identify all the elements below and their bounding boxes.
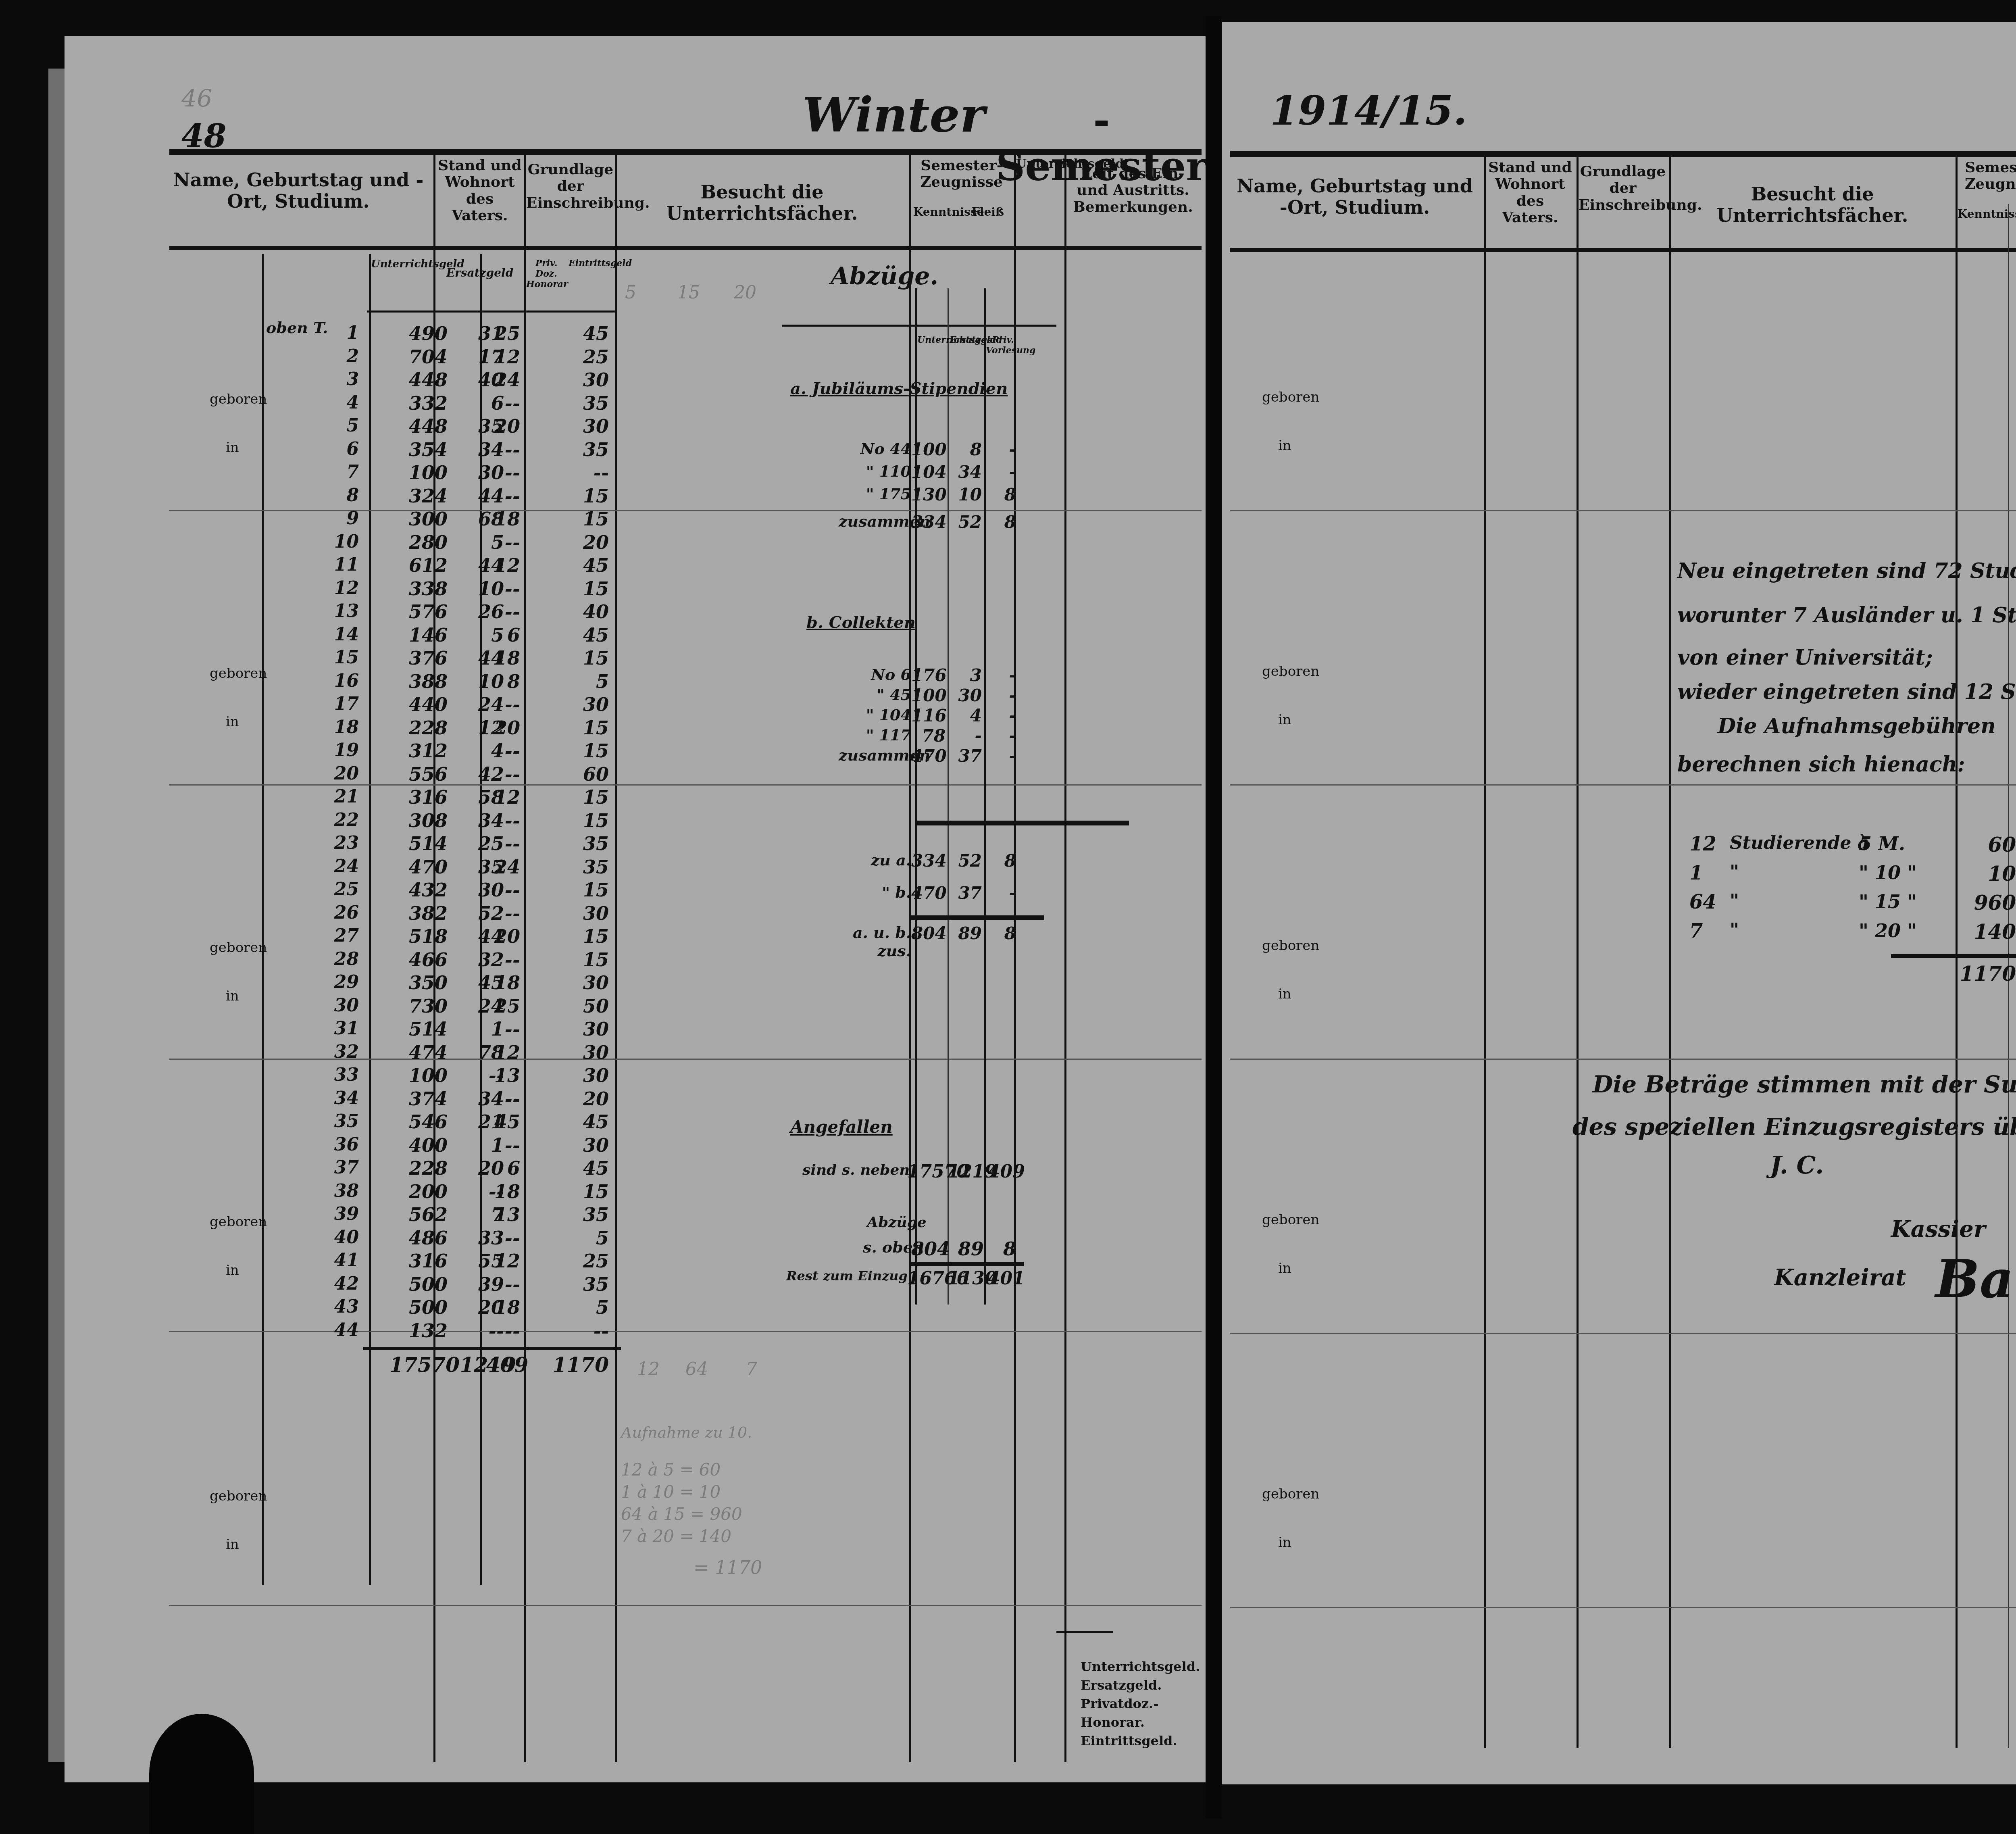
- label-in: in: [226, 1262, 239, 1278]
- fee-rate: " 15 ": [1859, 891, 1917, 913]
- signer-role: Kassier: [1891, 1216, 1985, 1242]
- cell-eintrittsgeld: 20: [556, 531, 609, 553]
- header-grundlage: Grundlage der Einschreibung.: [526, 161, 615, 211]
- abzuege-thick-rule: [915, 821, 1129, 825]
- cell-eintrittsgeld: 5: [556, 1296, 609, 1318]
- abzug-e: 10: [948, 485, 982, 504]
- label-in: in: [1278, 1534, 1291, 1551]
- cell-privdoz: 18: [480, 508, 520, 530]
- cell-privdoz: --: [480, 485, 520, 507]
- header-kenntnisse: Kenntnisse: [913, 206, 962, 219]
- footer-tick: [1056, 1631, 1113, 1633]
- cell-eintrittsgeld: 15: [556, 925, 609, 947]
- attest-line: des speziellen Einzugsregisters überein.: [1572, 1113, 2016, 1140]
- row-number: 30: [306, 995, 359, 1016]
- cell-privdoz: --: [480, 462, 520, 484]
- footer-label: Eintrittsgeld.: [1081, 1732, 1206, 1750]
- angefallen-label: Angefallen: [790, 1117, 893, 1137]
- abzug-u: 334: [911, 512, 946, 532]
- row-number: 2: [306, 346, 359, 367]
- pencil-calc-line: 64 à 15 = 960: [621, 1504, 742, 1524]
- abzug-v: 8: [986, 923, 1016, 943]
- abzug-v: 8: [986, 851, 1016, 871]
- page-stack-edge: [48, 69, 65, 1762]
- cell-privdoz: 20: [480, 717, 520, 739]
- label-geboren: geboren: [210, 665, 267, 681]
- cell-eintrittsgeld: 30: [556, 1065, 609, 1086]
- totals-rule: [363, 1347, 621, 1350]
- label-geboren: geboren: [1262, 1212, 1319, 1228]
- rest-u: 16766: [907, 1268, 952, 1289]
- left-page: 46 48 Winter -Semester Name, Geburtstag …: [65, 36, 1209, 1782]
- cell-privdoz: 20: [480, 925, 520, 947]
- pencil-header-20: 20: [734, 282, 756, 303]
- header-bottom-rule: [1230, 248, 2016, 252]
- fee-count: 7: [1689, 920, 1703, 942]
- label-geboren: geboren: [210, 1488, 267, 1504]
- pencil-calc-heading: Aufnahme zu 10.: [621, 1423, 752, 1441]
- cell-privdoz: 18: [480, 1296, 520, 1318]
- cell-eintrittsgeld: 15: [556, 485, 609, 507]
- header-besucht: Besucht die Unterrichtsfächer.: [1671, 183, 1954, 226]
- fee-amount: 960: [1960, 891, 2016, 915]
- header-fleiss: Fleiß: [2010, 208, 2016, 221]
- cell-eintrittsgeld: 15: [556, 879, 609, 901]
- abzug-e: 30: [948, 686, 982, 705]
- fee-amount: 10: [1960, 862, 2016, 886]
- cell-privdoz: 25: [480, 995, 520, 1017]
- cell-eintrittsgeld: 45: [556, 624, 609, 646]
- pencil-header-5: 5: [625, 282, 636, 303]
- row-number: 27: [306, 925, 359, 946]
- label-in: in: [226, 440, 239, 456]
- row-number: 14: [306, 624, 359, 645]
- abzug-e: 8: [948, 440, 982, 459]
- col-divider: [524, 153, 526, 1762]
- pencil-total: 64: [685, 1359, 708, 1380]
- label-in: in: [226, 1536, 239, 1553]
- cell-eintrittsgeld: 30: [556, 369, 609, 391]
- cell-privdoz: 18: [480, 972, 520, 994]
- total-eintrittsgeld: 1170: [548, 1353, 609, 1377]
- abzug-label: " b.: [839, 883, 911, 901]
- section-a-label: a. Jubiläums-Stipendien: [790, 379, 1008, 398]
- cell-privdoz: --: [480, 1273, 520, 1295]
- abzug-v: 8: [986, 485, 1016, 504]
- pencil-calc-line: 7 à 20 = 140: [621, 1526, 731, 1546]
- cell-eintrittsgeld: 15: [556, 578, 609, 600]
- row-number: 35: [306, 1111, 359, 1132]
- cell-privdoz: --: [480, 1227, 520, 1249]
- total-privdoz: 409: [484, 1353, 528, 1377]
- subheader-ersatzgeld: Ersatzgeld: [435, 266, 524, 279]
- abzug-v: -: [986, 462, 1016, 482]
- abzug-label: No 44: [839, 440, 911, 458]
- abzug-u: 104: [911, 462, 946, 482]
- abzug-label: " 45: [839, 686, 911, 704]
- book-spread: 46 48 Winter -Semester Name, Geburtstag …: [0, 0, 2016, 1834]
- header-top-rule: [169, 149, 1202, 155]
- abzuege2-u: 804: [911, 1238, 948, 1260]
- fee-total-rule: [1891, 954, 2016, 958]
- pencil-total: 7: [746, 1359, 757, 1380]
- abzug-v: -: [986, 706, 1016, 725]
- abzuege-col-header: Ersatzgeld: [950, 335, 984, 345]
- row-number: 23: [306, 833, 359, 853]
- abzug-u: 804: [911, 923, 946, 943]
- cell-privdoz: 12: [480, 786, 520, 808]
- abzuege-title: Abzüge.: [831, 262, 938, 290]
- fee-rate: 5 M.: [1859, 833, 1905, 854]
- rest-label: Rest zum Einzug: [786, 1268, 908, 1284]
- fee-label: ": [1730, 920, 1739, 940]
- row-number: 4: [306, 392, 359, 413]
- cell-eintrittsgeld: 30: [556, 1134, 609, 1156]
- header-stand: Stand und Wohnort des Vaters.: [435, 157, 524, 224]
- abzug-v: -: [986, 883, 1016, 903]
- header-zeugnisse: Semester-Zeugnisse: [1958, 159, 2016, 193]
- label-geboren: geboren: [210, 391, 267, 407]
- page-number-pencil: 46: [181, 85, 212, 113]
- row-number: 38: [306, 1181, 359, 1201]
- row-number: 7: [306, 462, 359, 482]
- subheader-unterrichtsgeld: Unterrichtsgeld: [371, 258, 431, 270]
- pencil-total: 12: [637, 1359, 660, 1380]
- fee-amount: 140: [1960, 920, 2016, 944]
- cell-privdoz: --: [480, 879, 520, 901]
- rest-v: 401: [988, 1268, 1016, 1289]
- abzug-e: 37: [948, 746, 982, 766]
- rest-e: 1130: [948, 1268, 984, 1289]
- abzug-u: 176: [911, 665, 946, 685]
- cell-eintrittsgeld: 15: [556, 810, 609, 832]
- label-geboren: geboren: [1262, 663, 1319, 679]
- semester-title-handwritten: Winter: [802, 87, 985, 143]
- cell-privdoz: 6: [480, 1157, 520, 1179]
- cell-privdoz: --: [480, 392, 520, 414]
- abzug-v: -: [986, 726, 1016, 746]
- abzug-e: 89: [948, 923, 982, 943]
- section-rule: [169, 784, 1202, 786]
- abzug-u: 470: [911, 883, 946, 903]
- cell-privdoz: --: [480, 810, 520, 832]
- cell-eintrittsgeld: 30: [556, 902, 609, 924]
- cell-privdoz: --: [480, 531, 520, 553]
- cell-eintrittsgeld: --: [556, 1320, 609, 1342]
- label-in: in: [226, 714, 239, 730]
- row-number: 10: [306, 531, 359, 552]
- cell-privdoz: 13: [480, 1065, 520, 1086]
- row-number: 1: [306, 323, 359, 343]
- fee-label: ": [1730, 891, 1739, 911]
- row-number: 11: [306, 554, 359, 575]
- abzug-label: " 110: [839, 462, 911, 480]
- angefallen-row-label: sind s. neben: [802, 1161, 910, 1178]
- cell-eintrittsgeld: 20: [556, 1088, 609, 1110]
- row-number: 20: [306, 763, 359, 784]
- subheader-privdoz: Priv. Doz. Honorar: [526, 258, 566, 290]
- row-number: 9: [306, 508, 359, 529]
- cell-eintrittsgeld: 15: [556, 717, 609, 739]
- label-geboren: geboren: [1262, 389, 1319, 405]
- cell-privdoz: --: [480, 902, 520, 924]
- cell-privdoz: 12: [480, 554, 520, 576]
- abzug-u: 78: [911, 726, 946, 746]
- cell-privdoz: --: [480, 763, 520, 785]
- cell-privdoz: --: [480, 1134, 520, 1156]
- abzug-label: " 175: [839, 485, 911, 503]
- cell-eintrittsgeld: 50: [556, 995, 609, 1017]
- section-rule: [169, 1605, 1202, 1606]
- row-number: 40: [306, 1227, 359, 1248]
- cell-privdoz: --: [480, 740, 520, 762]
- fee-count: 1: [1689, 862, 1703, 884]
- cell-eintrittsgeld: 30: [556, 694, 609, 715]
- abzug-u: 100: [911, 440, 946, 459]
- cell-privdoz: 18: [480, 1181, 520, 1203]
- abzuege2-label: Abzüge: [867, 1214, 927, 1231]
- abzug-e: 52: [948, 512, 982, 532]
- cell-eintrittsgeld: 35: [556, 856, 609, 878]
- cell-privdoz: --: [480, 694, 520, 715]
- cell-eintrittsgeld: 45: [556, 1111, 609, 1133]
- cell-privdoz: --: [480, 1320, 520, 1342]
- fee-count: 64: [1689, 891, 1716, 913]
- cell-eintrittsgeld: 45: [556, 323, 609, 344]
- col-divider: [1956, 155, 1958, 1748]
- label-in: in: [1278, 438, 1291, 454]
- cell-privdoz: --: [480, 439, 520, 461]
- row-number: 32: [306, 1042, 359, 1062]
- cell-privdoz: 45: [480, 1111, 520, 1133]
- row-number: 44: [306, 1320, 359, 1340]
- abzug-u: 334: [911, 851, 946, 871]
- label-in: in: [1278, 712, 1291, 728]
- header-name: Name, Geburtstag und -Ort, Studium.: [1230, 175, 1480, 218]
- abzug-v: -: [986, 665, 1016, 685]
- cell-eintrittsgeld: 15: [556, 508, 609, 530]
- abzug-e: 52: [948, 851, 982, 871]
- cell-eintrittsgeld: 35: [556, 833, 609, 854]
- cell-privdoz: --: [480, 1018, 520, 1040]
- row-number: 34: [306, 1088, 359, 1109]
- cell-eintrittsgeld: 35: [556, 439, 609, 461]
- cell-eintrittsgeld: 35: [556, 1204, 609, 1225]
- abzug-label: zusammen: [839, 512, 911, 530]
- cell-eintrittsgeld: 35: [556, 1273, 609, 1295]
- cell-privdoz: --: [480, 578, 520, 600]
- cell-privdoz: 24: [480, 369, 520, 391]
- header-besucht: Besucht die Unterrichtsfächer.: [617, 181, 907, 224]
- footer-label: Ersatzgeld.: [1081, 1676, 1206, 1694]
- row-number: 6: [306, 439, 359, 459]
- pencil-calc-line: 12 à 5 = 60: [621, 1460, 721, 1480]
- fee-label: ": [1730, 862, 1739, 882]
- row-number: 43: [306, 1296, 359, 1317]
- note-line: wieder eingetreten sind 12 Studierende.: [1677, 679, 2016, 704]
- cell-privdoz: 12: [480, 346, 520, 368]
- cell-eintrittsgeld: 15: [556, 740, 609, 762]
- label-geboren: geboren: [1262, 938, 1319, 954]
- abzuege2-e: 89: [948, 1238, 984, 1260]
- col-divider: [615, 153, 617, 1762]
- cell-privdoz: 25: [480, 323, 520, 344]
- abzug-label: zusammen: [839, 746, 911, 764]
- subheader-eintrittsgeld: Eintrittsgeld: [569, 258, 613, 269]
- cell-eintrittsgeld: 40: [556, 601, 609, 623]
- abzug-v: 8: [986, 512, 1016, 532]
- cell-privdoz: --: [480, 1088, 520, 1110]
- cell-eintrittsgeld: 25: [556, 346, 609, 368]
- abzug-u: 116: [911, 706, 946, 725]
- label-geboren: geboren: [1262, 1486, 1319, 1502]
- abzug-e: 34: [948, 462, 982, 482]
- ledger-divider: [262, 254, 264, 1585]
- cell-eintrittsgeld: --: [556, 462, 609, 484]
- angefallen-u: 17570: [907, 1161, 952, 1182]
- fee-rate: " 10 ": [1859, 862, 1917, 884]
- label-in: in: [1278, 1260, 1291, 1276]
- book-gutter: [1206, 16, 1222, 1819]
- footer-label: Unterrichtsgeld.: [1081, 1657, 1206, 1676]
- row-number: 25: [306, 879, 359, 900]
- section-rule: [1230, 1333, 2016, 1334]
- cell-privdoz: 13: [480, 1204, 520, 1225]
- row-number: 36: [306, 1134, 359, 1155]
- header-bottom-rule: [169, 246, 1202, 250]
- note-line: berechnen sich hienach:: [1677, 752, 1965, 777]
- fee-total: 1170: [1960, 962, 2016, 986]
- row-number: 8: [306, 485, 359, 506]
- cell-privdoz: 20: [480, 415, 520, 437]
- cell-eintrittsgeld: 45: [556, 1157, 609, 1179]
- thumb-shadow: [149, 1714, 254, 1834]
- right-page: 1914/15. 47 49 Name, Geburtstag und -Ort…: [1222, 22, 2016, 1784]
- abzuege2-v: 8: [988, 1238, 1016, 1260]
- fee-rate: " 20 ": [1859, 920, 1917, 942]
- pencil-calc-line: 1 à 10 = 10: [621, 1482, 721, 1502]
- row-number: 28: [306, 949, 359, 969]
- cell-privdoz: 18: [480, 647, 520, 669]
- col-divider: [1064, 153, 1066, 1762]
- abzug-e: 37: [948, 883, 982, 903]
- note-line: Neu eingetreten sind 72 Studierende,: [1677, 559, 2016, 583]
- row-number: 17: [306, 694, 359, 714]
- row-number: 26: [306, 902, 359, 923]
- abzug-label: zu a.: [839, 851, 911, 869]
- abzug-label: No 6: [839, 665, 911, 684]
- abzug-e: -: [948, 726, 982, 746]
- pencil-header-15: 15: [677, 282, 700, 303]
- section-b-label: b. Collekten: [806, 613, 916, 632]
- header-unterrichtsgeld: Unterrichtsgeld: [1016, 157, 1064, 171]
- header-stand: Stand und Wohnort des Vaters.: [1486, 159, 1574, 226]
- note-line: worunter 7 Ausländer u. 1 Studierender: [1677, 603, 2016, 627]
- cell-eintrittsgeld: 60: [556, 763, 609, 785]
- section-rule: [1230, 1607, 2016, 1608]
- cell-privdoz: --: [480, 601, 520, 623]
- abzug-v: -: [986, 686, 1016, 705]
- row-number: 13: [306, 601, 359, 621]
- header-grundlage: Grundlage der Einschreibung.: [1579, 163, 1667, 213]
- row-number: 41: [306, 1250, 359, 1271]
- header-kenntnisse: Kenntnisse: [1958, 208, 2006, 221]
- cell-eintrittsgeld: 35: [556, 392, 609, 414]
- row-number: 16: [306, 671, 359, 691]
- header-name: Name, Geburtstag und -Ort, Studium.: [169, 169, 427, 212]
- year: 1914/15.: [1270, 87, 1467, 134]
- footer-label: Privatdoz.-Honorar.: [1081, 1694, 1206, 1732]
- cell-eintrittsgeld: 15: [556, 949, 609, 971]
- section-rule: [1230, 784, 2016, 786]
- cell-privdoz: --: [480, 949, 520, 971]
- label-geboren: geboren: [210, 940, 267, 956]
- abzuege-col-header: Priv. Vorlesung: [986, 335, 1020, 356]
- header-zeit: Zeit des Ein- und Austritts. Bemerkungen…: [1068, 165, 1198, 215]
- row-number: 19: [306, 740, 359, 761]
- abzug-label: " 117: [839, 726, 911, 744]
- header-fleiss: Fleiß: [964, 206, 1012, 219]
- abzug-e: 3: [948, 665, 982, 685]
- label-in: in: [1278, 986, 1291, 1002]
- cell-eintrittsgeld: 5: [556, 671, 609, 692]
- cell-eintrittsgeld: 25: [556, 1250, 609, 1272]
- col-divider: [1669, 155, 1671, 1748]
- fee-label: Studierende à: [1730, 833, 1869, 853]
- rest-rule: [911, 1262, 1024, 1266]
- section-rule: [1230, 510, 2016, 511]
- cell-eintrittsgeld: 5: [556, 1227, 609, 1249]
- cell-privdoz: 24: [480, 856, 520, 878]
- initials: J. C.: [1770, 1151, 1824, 1180]
- note-line: von einer Universität;: [1677, 645, 1933, 670]
- cell-eintrittsgeld: 30: [556, 415, 609, 437]
- footer-labels-left: Unterrichtsgeld. Ersatzgeld. Privatdoz.-…: [1081, 1657, 1206, 1750]
- note-line: Die Aufnahmsgebühren: [1718, 714, 1996, 738]
- abzug-label: a. u. b. zus.: [839, 923, 911, 960]
- section-rule: [1230, 1059, 2016, 1060]
- signature: Baucy: [1935, 1248, 2016, 1310]
- row-number: 29: [306, 972, 359, 992]
- abzuege-col-header: Unterrichtsgeld: [917, 335, 948, 345]
- label-geboren: geboren: [210, 1214, 267, 1230]
- row-number: 15: [306, 647, 359, 668]
- cell-privdoz: --: [480, 833, 520, 854]
- angefallen-v: 409: [988, 1161, 1020, 1182]
- row-number: 39: [306, 1204, 359, 1224]
- attest-line: Die Beträge stimmen mit der Summe: [1593, 1071, 2016, 1098]
- col-divider: [1484, 155, 1486, 1748]
- label-in: in: [226, 988, 239, 1004]
- cell-privdoz: 6: [480, 624, 520, 646]
- row-number: 24: [306, 856, 359, 877]
- row-number: 12: [306, 578, 359, 598]
- cell-eintrittsgeld: 15: [556, 1181, 609, 1203]
- row-number: 42: [306, 1273, 359, 1294]
- row-number: 21: [306, 786, 359, 807]
- abzuege-rule: [782, 325, 1056, 327]
- abzug-v: -: [986, 440, 1016, 459]
- cell-privdoz: 12: [480, 1042, 520, 1063]
- pencil-calc-total: = 1170: [694, 1557, 762, 1578]
- cell-privdoz: 8: [480, 671, 520, 692]
- row-number: 3: [306, 369, 359, 390]
- row-number: 33: [306, 1065, 359, 1085]
- fee-amount: 60: [1960, 833, 2016, 857]
- row-number: 18: [306, 717, 359, 738]
- cell-eintrittsgeld: 15: [556, 786, 609, 808]
- cell-eintrittsgeld: 30: [556, 1018, 609, 1040]
